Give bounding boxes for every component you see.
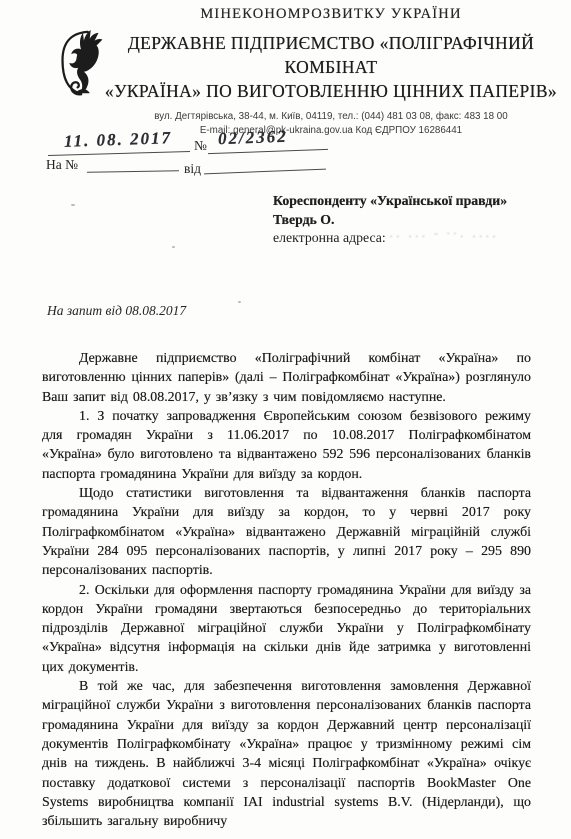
recipient-block: Кореспонденту «Української правди» Тверд…	[273, 192, 507, 249]
reply-date-underline	[204, 169, 326, 175]
reply-number-underline	[87, 170, 179, 173]
address-line: вул. Дегтярівська, 38-44, м. Київ, 04119…	[100, 110, 562, 124]
scan-speck	[238, 301, 241, 303]
body-paragraph: Щодо статистики виготовлення та відванта…	[42, 484, 531, 580]
organization-name-line1: ДЕРЖАВНЕ ПІДПРИЄМСТВО «ПОЛІГРАФІЧНИЙ КОМ…	[100, 31, 562, 79]
body-paragraph: Державне підприємство «Поліграфічний ком…	[42, 349, 531, 407]
scanned-letter-page: МІНЕКОНОМРОЗВИТКУ УКРАЇНИ ДЕРЖАВНЕ ПІДПР…	[0, 0, 571, 839]
outgoing-number-handwritten: 02/2362	[218, 127, 288, 149]
phoenix-bird-emblem-icon	[56, 28, 106, 100]
letterhead: МІНЕКОНОМРОЗВИТКУ УКРАЇНИ ДЕРЖАВНЕ ПІДПР…	[100, 6, 562, 138]
ministry-name: МІНЕКОНОМРОЗВИТКУ УКРАЇНИ	[100, 6, 562, 23]
scan-speck	[71, 204, 75, 206]
reply-number-label: На №	[46, 157, 78, 173]
recipient-addressee: Кореспонденту «Української правди»	[273, 192, 507, 211]
number-sign-label: №	[194, 138, 207, 154]
outgoing-date-handwritten: 11. 08. 2017	[64, 128, 173, 152]
subject-line: На запит від 08.08.2017	[47, 303, 186, 319]
body-paragraph: 2. Оскільки для оформлення паспорту гром…	[42, 581, 531, 677]
body-paragraph: В той же час, для забезпечення виготовле…	[42, 677, 531, 831]
recipient-email-label: електронна адреса:	[273, 230, 386, 245]
date-underline	[48, 151, 190, 156]
letter-body: Державне підприємство «Поліграфічний ком…	[42, 349, 531, 831]
scan-speck	[172, 246, 175, 248]
recipient-email-line: електронна адреса: ·· ··· ¨ ˙˙· ····	[273, 229, 507, 249]
number-underline	[208, 149, 328, 154]
organization-name-line2: «УКРАЇНА» ПО ВИГОТОВЛЕННЮ ЦІННИХ ПАПЕРІВ…	[100, 79, 562, 103]
reply-date-label: від	[184, 161, 201, 177]
recipient-email-redacted: ·· ··· ¨ ˙˙· ····	[389, 228, 499, 247]
recipient-name: Твердь О.	[273, 211, 507, 230]
body-paragraph: 1. З початку запровадження Європейським …	[42, 407, 531, 484]
